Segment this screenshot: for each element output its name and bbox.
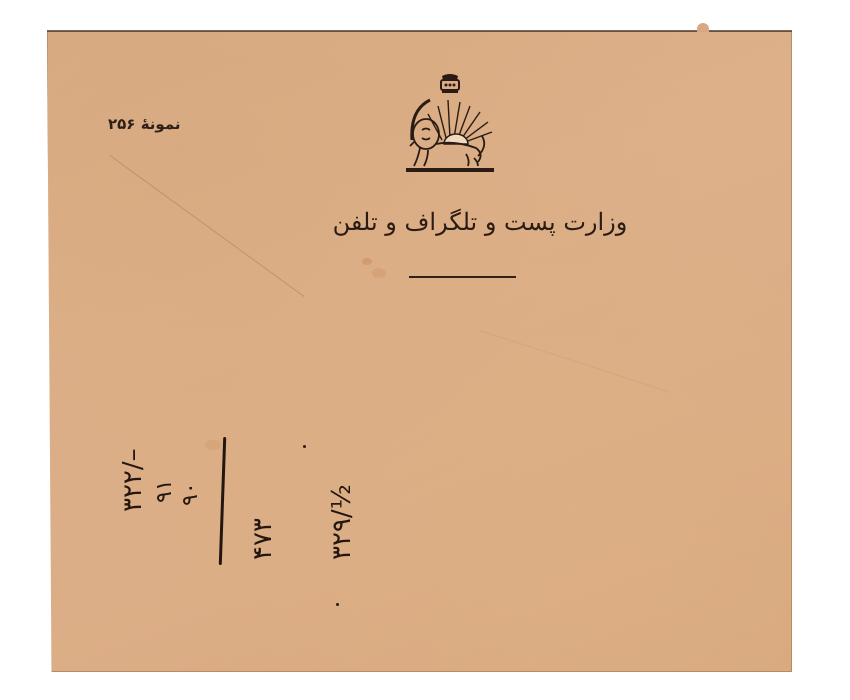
ministry-title: وزارت پست و تلگراف و تلفن [330, 208, 630, 236]
title-underline [409, 276, 516, 278]
paper-stain [362, 258, 372, 265]
paper-stain [372, 268, 386, 278]
paper-stain [205, 440, 221, 450]
ink-dot [336, 603, 339, 606]
form-number-label: نمونهٔ ۲۵۶ [108, 115, 181, 133]
handwritten-note-left-bottom: ۹۰ [178, 482, 203, 506]
lion-and-sun-emblem-icon [400, 72, 500, 184]
handwritten-note-right: ۳۲۹/½ [327, 484, 357, 560]
envelope-tab [697, 23, 709, 32]
handwritten-note-left-top: ۳۲۲/– [118, 448, 148, 512]
envelope-top-edge [47, 30, 792, 32]
handwritten-note-middle: ۴۷۳ [248, 518, 278, 560]
handwritten-note-left-middle: ۹۱ [152, 479, 177, 503]
ink-dot [303, 445, 306, 448]
